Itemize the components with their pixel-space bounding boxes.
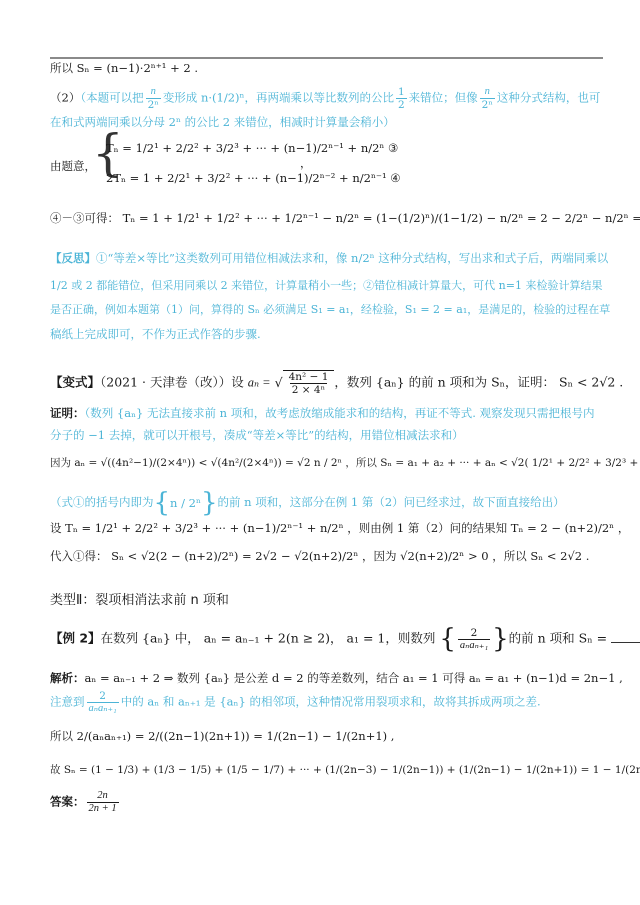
set-2-over-anan1: {2aₙaₙ₊₁}: [439, 626, 508, 652]
equation-4: 2Tₙ = 1 + 2/2¹ + 3/2² + ··· + (n−1)/2ⁿ⁻²…: [106, 170, 401, 186]
answer-label: 答案：: [50, 795, 85, 809]
set-n-over-2n: {n / 2ⁿ}: [154, 490, 218, 516]
equation-comma: ，: [300, 155, 312, 171]
proof-note: （式①的括号内即为{n / 2ⁿ}的前 n 项和，这部分在例 1 第（2）问已经…: [50, 490, 565, 516]
example2-text-a: 在数列 {aₙ} 中， aₙ = aₙ₋₁ + 2(n ≥ 2)， a₁ = 1…: [101, 631, 436, 646]
header-rule: [50, 57, 603, 59]
fraction-n-over-2n: n2ⁿ: [480, 86, 495, 111]
proof-hint-1: （数列 {aₙ} 无法直接求前 n 项和，故考虑放缩成能求和的结构，再证不等式.…: [85, 406, 595, 420]
proof-label: 证明：: [50, 406, 85, 420]
solution-note-a: 注意到: [50, 695, 85, 709]
variant-rest: ，数列 {aₙ} 的前 n 项和为 Sₙ，证明： Sₙ < 2√2 .: [334, 375, 623, 390]
solution-so-line: 所以 2/(aₙaₙ₊₁) = 2/((2n−1)(2n+1)) = 1/(2n…: [50, 728, 394, 744]
reflection-line4: 稿纸上完成即可，不作为正式作答的步骤.: [50, 326, 261, 342]
answer-line: 答案：2n2n + 1: [50, 790, 121, 815]
example2-problem: 【例 2】在数列 {aₙ} 中， aₙ = aₙ₋₁ + 2(n ≥ 2)， a…: [50, 626, 640, 652]
by-problem-label: 由题意，: [50, 158, 96, 174]
equation-3: Tₙ = 1/2¹ + 2/2² + 3/2³ + ··· + (n−1)/2ⁿ…: [106, 140, 398, 156]
proof-let-line: 设 Tₙ = 1/2¹ + 2/2² + 3/2³ + ··· + (n−1)/…: [50, 520, 629, 536]
proof-hint-line2: 分子的 −1 去掉，就可以开根号，凑成“等差×等比”的结构，用错位相减法求和）: [50, 427, 464, 443]
proof-hint-line1: 证明：（数列 {aₙ} 无法直接求前 n 项和，故考虑放缩成能求和的结构，再证不…: [50, 405, 595, 421]
solution-line1: 解析：aₙ = aₙ₋₁ + 2 ⇒ 数列 {aₙ} 是公差 d = 2 的等差…: [50, 670, 623, 686]
answer-blank: [611, 630, 640, 643]
part2-hint-c: 来错位；但像: [409, 91, 478, 105]
reflection-text-1: ①“等差×等比”这类数列可用错位相减法求和，像 n/2ⁿ 这种分式结构，写出求和…: [96, 251, 608, 265]
proof-substitute-line: 代入①得： Sₙ < √2(2 − (n+2)/2ⁿ) = 2√2 − √2(n…: [50, 548, 589, 564]
reflection-label: 【反思】: [50, 251, 96, 265]
proof-note-b: 的前 n 项和，这部分在例 1 第（2）问已经求过，故下面直接给出）: [217, 495, 564, 509]
solution-text-1: aₙ = aₙ₋₁ + 2 ⇒ 数列 {aₙ} 是公差 d = 2 的等差数列，…: [85, 671, 623, 685]
reflection-line2: 1/2 或 2 都能错位，但采用同乘以 2 来错位，计算量稍小一些；②错位相减计…: [50, 278, 602, 294]
example2-text-b: 的前 n 项和 Sₙ =: [509, 631, 607, 646]
example2-label: 【例 2】: [50, 631, 101, 646]
fraction-n-over-2n: n2ⁿ: [146, 86, 161, 111]
subtraction-result: ④－③可得： Tₙ = 1 + 1/2¹ + 1/2² + ··· + 1/2ⁿ…: [50, 210, 640, 226]
answer-denominator: 2n + 1: [87, 802, 119, 815]
proof-because-line: 因为 aₙ = √((4n²−1)/(2×4ⁿ)) < √(4n²/(2×4ⁿ)…: [50, 455, 640, 471]
sqrt-expression: √4n² − 12 × 4ⁿ: [275, 370, 335, 396]
answer-fraction: 2n2n + 1: [87, 790, 119, 815]
solution-sum-line: 故 Sₙ = (1 − 1/3) + (1/3 − 1/5) + (1/5 − …: [50, 762, 640, 778]
variant-source: （2021 · 天津卷（改））设: [100, 375, 244, 390]
solution-note-b: 中的 aₙ 和 aₙ₊₁ 是 {aₙ} 的相邻项，这种情况常用裂项求和，故将其拆…: [121, 695, 541, 709]
part2-hint-d: 这种分式结构，也可: [497, 91, 601, 105]
sn-result-line: 所以 Sₙ = (n−1)·2ⁿ⁺¹ + 2 .: [50, 60, 198, 76]
part2-hint-b: 变形成 n·(1/2)ⁿ，再两端乘以等比数列的公比: [163, 91, 394, 105]
set-numerator: 2: [469, 627, 480, 639]
reflection-line3: 是否正确，例如本题第（1）问，算得的 Sₙ 必须满足 S₁ = a₁，经检验，S…: [50, 302, 610, 318]
set-denominator: aₙaₙ₊₁: [458, 639, 490, 652]
variant-problem: 【变式】（2021 · 天津卷（改））设 aₙ = √4n² − 12 × 4ⁿ…: [50, 370, 623, 396]
type2-heading: 类型Ⅱ：裂项相消法求前 n 项和: [50, 593, 229, 609]
fraction-2-over-anan1: 2aₙaₙ₊₁: [87, 690, 119, 715]
reflection-line1: 【反思】①“等差×等比”这类数列可用错位相减法求和，像 n/2ⁿ 这种分式结构，…: [50, 250, 608, 266]
solution-label: 解析：: [50, 671, 85, 685]
document-page: 所以 Sₙ = (n−1)·2ⁿ⁺¹ + 2 . （2）（本题可以把n2ⁿ变形成…: [0, 0, 640, 905]
part2-hint-a: （本题可以把: [80, 91, 143, 105]
answer-numerator: 2n: [95, 790, 110, 802]
set-content: n / 2ⁿ: [170, 495, 201, 511]
variant-an: aₙ =: [248, 376, 271, 390]
proof-note-a: （式①的括号内即为: [50, 495, 154, 509]
solution-note: 注意到2aₙaₙ₊₁中的 aₙ 和 aₙ₊₁ 是 {aₙ} 的相邻项，这种情况常…: [50, 690, 541, 715]
radicand-numerator: 4n² − 1: [287, 371, 331, 383]
part2-label: （2）: [50, 91, 80, 105]
fraction-half: 12: [396, 86, 407, 111]
part2-hint-line1: （2）（本题可以把n2ⁿ变形成 n·(1/2)ⁿ，再两端乘以等比数列的公比12来…: [50, 86, 600, 111]
radicand-denominator: 2 × 4ⁿ: [290, 383, 327, 396]
variant-label: 【变式】: [50, 375, 100, 390]
